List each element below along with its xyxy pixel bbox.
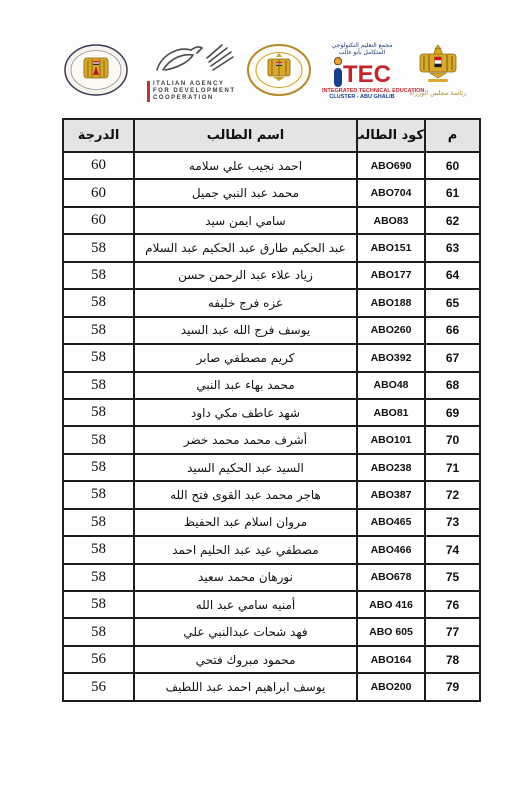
ministry-seal-icon	[246, 44, 312, 96]
cell-code: ABO238	[357, 454, 425, 481]
cell-code: ABO101	[357, 426, 425, 453]
cell-score: 58	[63, 564, 134, 591]
cell-code: ABO466	[357, 536, 425, 563]
cell-score: 60	[63, 152, 134, 179]
cell-index: 63	[425, 234, 480, 261]
cell-index: 60	[425, 152, 480, 179]
cell-index: 65	[425, 289, 480, 316]
itec-arabic-line2: المتكامل بأبو غالب	[322, 49, 402, 56]
header-student-name: اسم الطالب	[134, 119, 357, 152]
italian-agency-wordmark: ITALIAN AGENCY FOR DEVELOPMENT COOPERATI…	[147, 81, 239, 102]
cell-score: 58	[63, 344, 134, 371]
table-row: 77ABO 605فهد شحات عبدالنبي علي58	[63, 618, 480, 645]
italian-agency-line1: ITALIAN AGENCY	[147, 81, 239, 88]
cell-score: 58	[63, 426, 134, 453]
table-row: 64ABO177زياد علاء عبد الرحمن حسن58	[63, 262, 480, 289]
cell-index: 68	[425, 372, 480, 399]
cell-code: ABO 605	[357, 618, 425, 645]
cell-code: ABO387	[357, 481, 425, 508]
cell-name: هاجر محمد عبد القوى فتح الله	[134, 481, 357, 508]
cell-index: 78	[425, 646, 480, 673]
ministry-international-cooperation-logo	[246, 44, 312, 96]
results-table-body: 60ABO690احمد نجيب علي سلامه6061ABO704محم…	[63, 152, 480, 701]
itec-logo: مجمع التعليم التكنولوجي المتكامل بأبو غا…	[322, 42, 402, 100]
header-student-code: كود الطالب	[357, 119, 425, 152]
cell-index: 73	[425, 509, 480, 536]
table-row: 74ABO466مصطفي عيد عبد الحليم احمد58	[63, 536, 480, 563]
cell-score: 60	[63, 207, 134, 234]
cell-code: ABO392	[357, 344, 425, 371]
cell-name: مصطفي عيد عبد الحليم احمد	[134, 536, 357, 563]
cell-index: 64	[425, 262, 480, 289]
cell-name: زياد علاء عبد الرحمن حسن	[134, 262, 357, 289]
table-row: 63ABO151عبد الحكيم طارق عبد الحكيم عبد ا…	[63, 234, 480, 261]
development-fund-seal-icon	[64, 44, 128, 96]
cell-code: ABO164	[357, 646, 425, 673]
cell-index: 76	[425, 591, 480, 618]
cell-index: 61	[425, 179, 480, 206]
cell-score: 58	[63, 372, 134, 399]
header-index: م	[425, 119, 480, 152]
table-row: 72ABO387هاجر محمد عبد القوى فتح الله58	[63, 481, 480, 508]
table-row: 61ABO704محمد عبد النبي جميل60	[63, 179, 480, 206]
results-table: م كود الطالب اسم الطالب الدرجة 60ABO690ا…	[62, 118, 481, 702]
cell-code: ABO83	[357, 207, 425, 234]
cell-code: ABO48	[357, 372, 425, 399]
student-results-document: ITALIAN AGENCY FOR DEVELOPMENT COOPERATI…	[0, 0, 525, 800]
cell-code: ABO260	[357, 317, 425, 344]
cell-score: 58	[63, 317, 134, 344]
cell-index: 70	[425, 426, 480, 453]
itec-arabic-line1: مجمع التعليم التكنولوجي	[322, 42, 402, 49]
cell-index: 71	[425, 454, 480, 481]
table-row: 79ABO200يوسف ابراهيم احمد عبد اللطيف56	[63, 673, 480, 700]
cell-name: فهد شحات عبدالنبي علي	[134, 618, 357, 645]
cell-code: ABO704	[357, 179, 425, 206]
cell-name: عبد الحكيم طارق عبد الحكيم عبد السلام	[134, 234, 357, 261]
cell-name: سامي ايمن سيد	[134, 207, 357, 234]
cell-index: 74	[425, 536, 480, 563]
cell-code: ABO200	[357, 673, 425, 700]
cell-name: شهد عاطف مكي داود	[134, 399, 357, 426]
cell-index: 67	[425, 344, 480, 371]
logo-band: ITALIAN AGENCY FOR DEVELOPMENT COOPERATI…	[0, 0, 525, 118]
cell-score: 58	[63, 618, 134, 645]
table-row: 69ABO81شهد عاطف مكي داود58	[63, 399, 480, 426]
cell-index: 72	[425, 481, 480, 508]
itec-acronym: TEC	[343, 63, 391, 87]
itec-i-icon	[333, 57, 343, 87]
table-row: 76ABO 416أمنيه سامي عبد الله58	[63, 591, 480, 618]
cell-name: يوسف فرج الله عبد السيد	[134, 317, 357, 344]
table-row: 66ABO260يوسف فرج الله عبد السيد58	[63, 317, 480, 344]
cell-name: يوسف ابراهيم احمد عبد اللطيف	[134, 673, 357, 700]
cell-score: 58	[63, 262, 134, 289]
dove-icon	[147, 40, 235, 76]
cell-name: أشرف محمد محمد خضر	[134, 426, 357, 453]
cell-code: ABO81	[357, 399, 425, 426]
cell-score: 56	[63, 673, 134, 700]
cell-name: محمد بهاء عبد النبي	[134, 372, 357, 399]
egypt-eagle-caption: رئاسة مجلس الوزراء	[408, 89, 468, 97]
cell-score: 58	[63, 481, 134, 508]
cell-name: كريم مصطفي صابر	[134, 344, 357, 371]
cell-index: 66	[425, 317, 480, 344]
italian-agency-logo: ITALIAN AGENCY FOR DEVELOPMENT COOPERATI…	[147, 40, 239, 102]
header-score: الدرجة	[63, 119, 134, 152]
table-row: 60ABO690احمد نجيب علي سلامه60	[63, 152, 480, 179]
results-table-header: م كود الطالب اسم الطالب الدرجة	[63, 119, 480, 152]
egypt-eagle-icon	[410, 44, 466, 84]
cell-name: عزه فرج خليفه	[134, 289, 357, 316]
itec-wordmark: TEC	[322, 57, 402, 87]
table-row: 62ABO83سامي ايمن سيد60	[63, 207, 480, 234]
cell-score: 58	[63, 399, 134, 426]
cell-code: ABO678	[357, 564, 425, 591]
cell-index: 69	[425, 399, 480, 426]
cell-index: 77	[425, 618, 480, 645]
cell-code: ABO177	[357, 262, 425, 289]
table-row: 67ABO392كريم مصطفي صابر58	[63, 344, 480, 371]
cell-code: ABO465	[357, 509, 425, 536]
cell-name: أمنيه سامي عبد الله	[134, 591, 357, 618]
cell-score: 58	[63, 289, 134, 316]
table-row: 65ABO188عزه فرج خليفه58	[63, 289, 480, 316]
cell-score: 58	[63, 536, 134, 563]
cell-score: 58	[63, 509, 134, 536]
cell-score: 56	[63, 646, 134, 673]
cell-code: ABO151	[357, 234, 425, 261]
cell-name: احمد نجيب علي سلامه	[134, 152, 357, 179]
development-fund-seal-logo	[64, 44, 128, 96]
table-row: 78ABO164محمود مبروك فتحي56	[63, 646, 480, 673]
cell-name: محمود مبروك فتحي	[134, 646, 357, 673]
cell-score: 60	[63, 179, 134, 206]
cell-name: السيد عبد الحكيم السيد	[134, 454, 357, 481]
cell-code: ABO690	[357, 152, 425, 179]
table-row: 75ABO678نورهان محمد سعيد58	[63, 564, 480, 591]
cell-index: 62	[425, 207, 480, 234]
cell-index: 75	[425, 564, 480, 591]
italian-agency-line3: COOPERATION	[147, 95, 239, 102]
cell-score: 58	[63, 454, 134, 481]
table-row: 73ABO465مروان اسلام عبد الحفيظ58	[63, 509, 480, 536]
cell-name: محمد عبد النبي جميل	[134, 179, 357, 206]
cell-score: 58	[63, 234, 134, 261]
cell-score: 58	[63, 591, 134, 618]
cell-name: مروان اسلام عبد الحفيظ	[134, 509, 357, 536]
itec-location: CLUSTER - ABU GHALIB	[322, 94, 402, 100]
table-row: 68ABO48محمد بهاء عبد النبي58	[63, 372, 480, 399]
table-row: 70ABO101أشرف محمد محمد خضر58	[63, 426, 480, 453]
header-row: م كود الطالب اسم الطالب الدرجة	[63, 119, 480, 152]
cell-code: ABO 416	[357, 591, 425, 618]
cell-index: 79	[425, 673, 480, 700]
cell-name: نورهان محمد سعيد	[134, 564, 357, 591]
table-row: 71ABO238السيد عبد الحكيم السيد58	[63, 454, 480, 481]
cell-code: ABO188	[357, 289, 425, 316]
italian-agency-line2: FOR DEVELOPMENT	[147, 88, 239, 95]
egypt-eagle-logo: رئاسة مجلس الوزراء	[408, 44, 468, 97]
